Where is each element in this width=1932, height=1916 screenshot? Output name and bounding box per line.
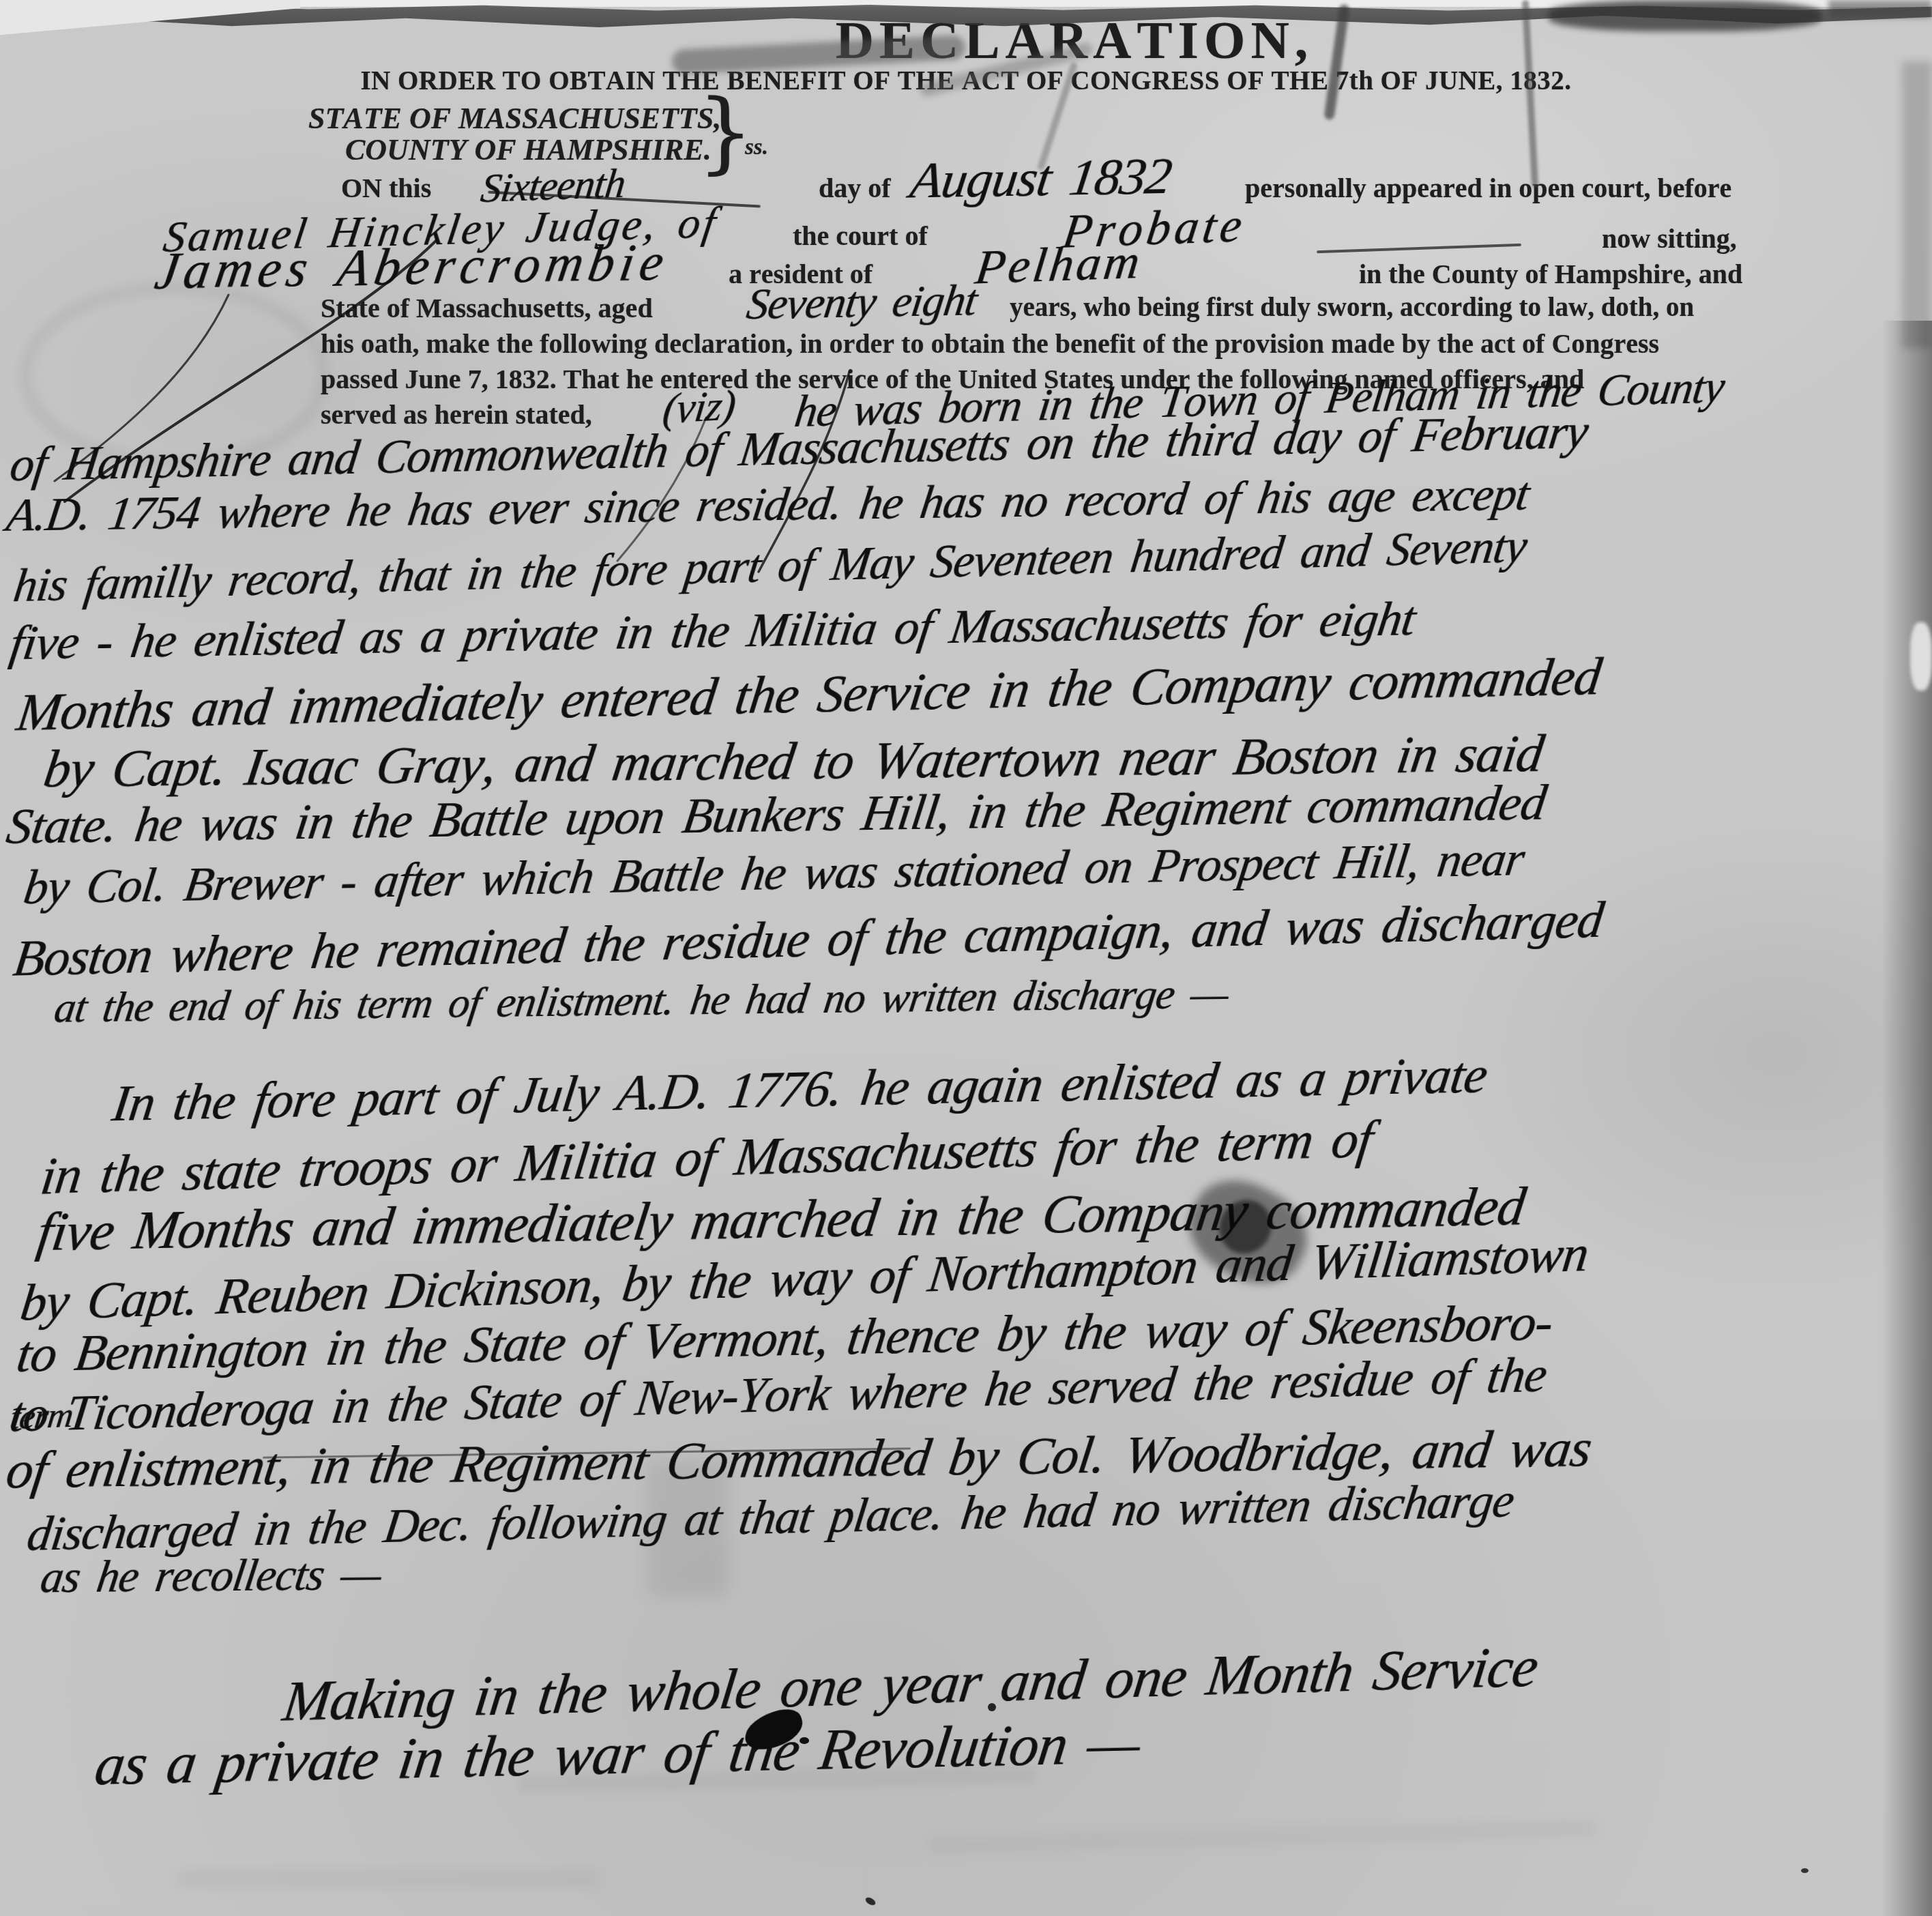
date-month-script: August 1832 bbox=[907, 147, 1175, 211]
now-sitting-label: now sitting, bbox=[1602, 222, 1737, 255]
probate-dash bbox=[1317, 244, 1521, 253]
top-edge-white-strip bbox=[0, 0, 1932, 7]
aged-label: State of Massachusetts, aged bbox=[321, 292, 653, 324]
residence-script: Pelham bbox=[972, 233, 1145, 296]
state-line: STATE OF MASSACHUSETTS, bbox=[308, 101, 721, 136]
on-this-label: ON this bbox=[341, 172, 431, 204]
county-of-hampshire-label: in the County of Hampshire, and bbox=[1359, 258, 1742, 290]
served-label: served as herein stated, bbox=[321, 398, 592, 431]
years-sworn-label: years, who being first duly sworn, accor… bbox=[1010, 292, 1694, 323]
age-script: Seventy eight bbox=[744, 275, 980, 330]
top-right-ink-blob bbox=[1549, 0, 1821, 31]
document-subtitle: IN ORDER TO OBTAIN THE BENEFIT OF THE AC… bbox=[360, 66, 1571, 96]
stray-dot-3 bbox=[1801, 1868, 1809, 1873]
handwritten-line: as he recollects — bbox=[37, 1549, 384, 1603]
county-line: COUNTY OF HAMPSHIRE. bbox=[345, 132, 712, 167]
term-insertion-script: term bbox=[8, 1395, 75, 1437]
right-edge-shadow-band bbox=[1882, 321, 1932, 1916]
court-of-label: the court of bbox=[793, 220, 928, 252]
top-right-edge-smudge bbox=[1828, 0, 1932, 18]
declarant-name-script: James Abercrombie bbox=[151, 233, 673, 301]
appeared-label: personally appeared in open court, befor… bbox=[1245, 172, 1731, 204]
stray-dot-2 bbox=[864, 1896, 877, 1907]
right-edge-notch bbox=[1910, 622, 1932, 691]
top-left-corner-wedge bbox=[0, 0, 300, 37]
document-page: DECLARATION, IN ORDER TO OBTAIN THE BENE… bbox=[0, 0, 1932, 1916]
oath-line: his oath, make the following declaration… bbox=[321, 328, 1659, 360]
day-of-label: day of bbox=[819, 172, 891, 204]
handwritten-line: as a private in the war of the Revolutio… bbox=[91, 1709, 1144, 1799]
document-title: DECLARATION, bbox=[836, 10, 1314, 71]
bleedthrough-ghost-3 bbox=[177, 1871, 600, 1886]
ss-label: ss. bbox=[745, 135, 768, 160]
bleedthrough-ghost-2 bbox=[928, 1820, 1596, 1854]
ink-streak-1 bbox=[1323, 4, 1350, 120]
brace-glyph: } bbox=[697, 87, 754, 176]
right-edge-upper-shadow bbox=[1902, 61, 1932, 348]
